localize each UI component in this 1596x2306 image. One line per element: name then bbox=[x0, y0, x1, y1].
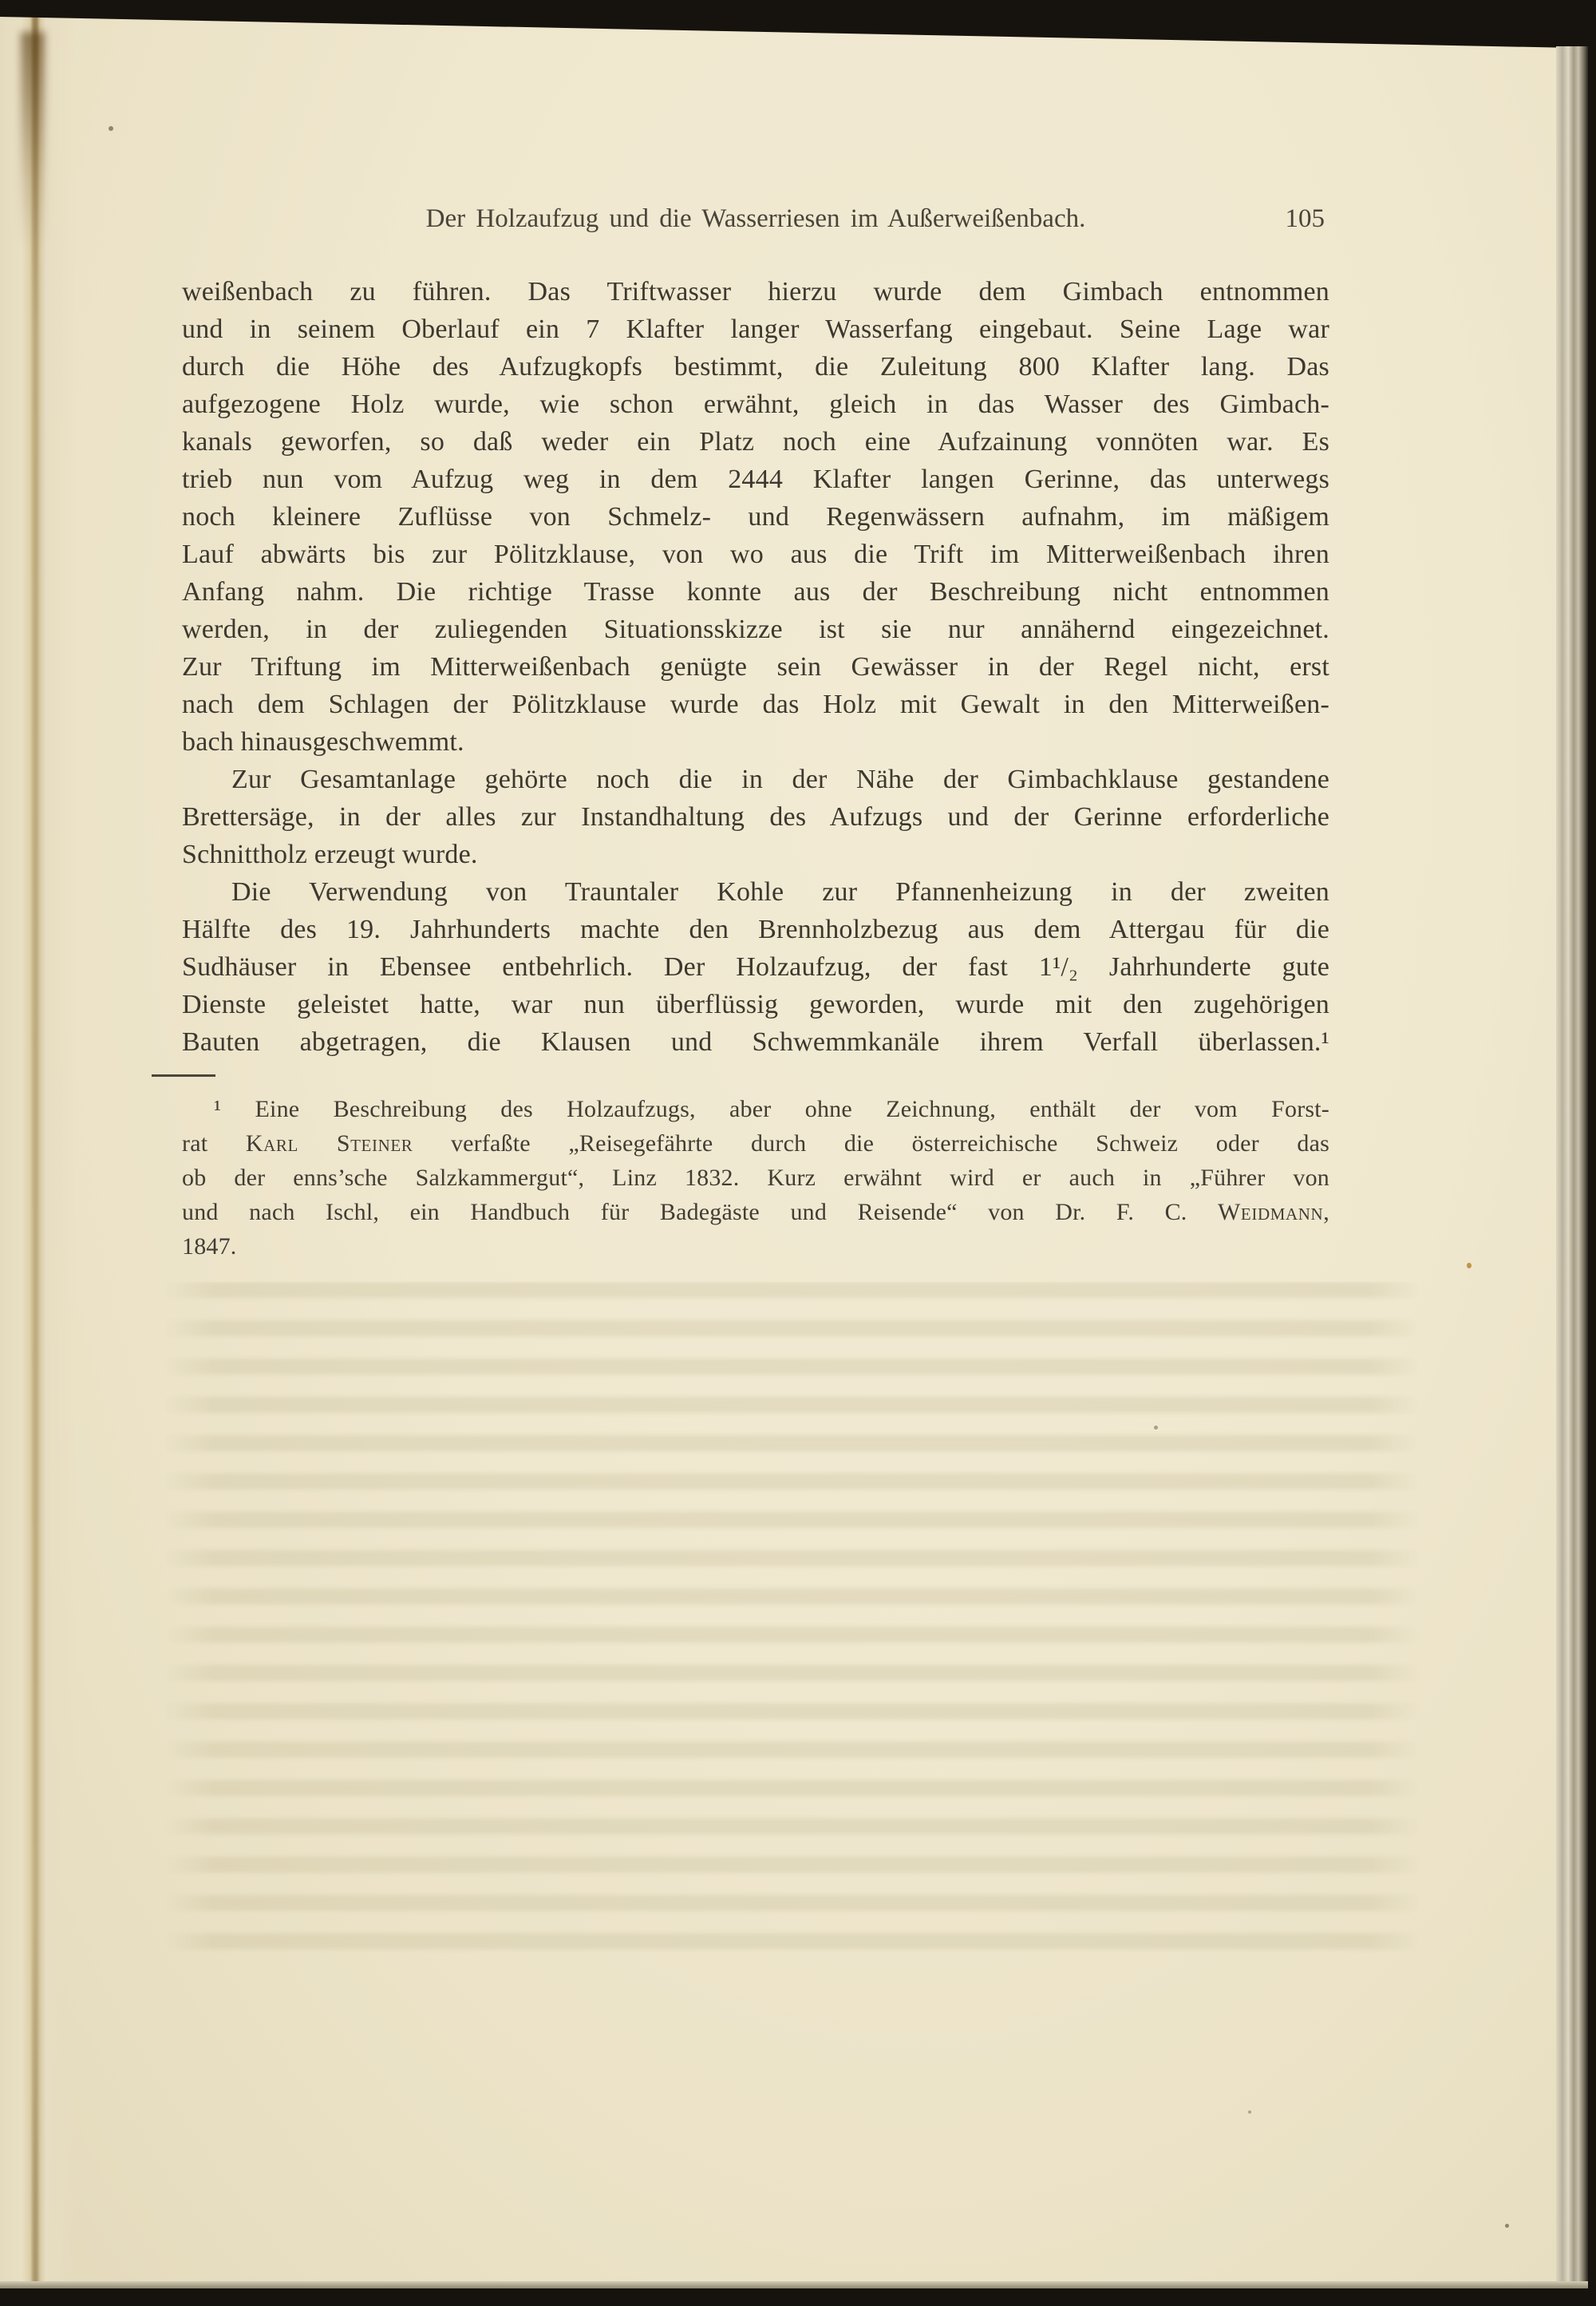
page-bottom-edge bbox=[0, 2281, 1588, 2288]
binding-crease-shadow bbox=[21, 32, 45, 247]
small-caps-name: Weidmann bbox=[1218, 1199, 1323, 1225]
footnote-line: ob der enns’sche Salzkammergut“, Linz 18… bbox=[182, 1161, 1329, 1195]
page-number: 105 bbox=[1286, 206, 1325, 232]
binding-crease bbox=[32, 13, 38, 2288]
text-line: Zur Triftung im Mitterweißenbach genügte… bbox=[182, 648, 1329, 686]
footnote: ¹ Eine Beschreibung des Holzaufzugs, abe… bbox=[182, 1092, 1329, 1264]
photo-top-edge bbox=[0, 0, 1574, 49]
photo-backdrop: { "header": { "title": "Der Holzaufzug u… bbox=[0, 0, 1596, 2306]
text-line: werden, in der zuliegenden Situationsski… bbox=[182, 611, 1329, 648]
text-line: noch kleinere Zuflüsse von Schmelz- und … bbox=[182, 498, 1329, 536]
text-line: Hälfte des 19. Jahrhunderts machte den B… bbox=[182, 911, 1329, 948]
footnote-line: 1847. bbox=[182, 1229, 1329, 1264]
paper-speck bbox=[109, 126, 113, 131]
text-line: bach hinausgeschwemmt. bbox=[182, 723, 1329, 761]
text-line: aufgezogene Holz wurde, wie schon erwähn… bbox=[182, 386, 1329, 423]
text-line: Brettersäge, in der alles zur Instandhal… bbox=[182, 798, 1329, 836]
text-line: Sudhäuser in Ebensee entbehrlich. Der Ho… bbox=[182, 948, 1329, 986]
footnote-separator bbox=[152, 1074, 215, 1077]
running-head-title: Der Holzaufzug und die Wasserriesen im A… bbox=[182, 206, 1329, 232]
text-line: nach dem Schlagen der Pölitzklause wurde… bbox=[182, 686, 1329, 723]
small-caps-name: Karl Steiner bbox=[246, 1130, 413, 1157]
text-line: Dienste geleistet hatte, war nun überflü… bbox=[182, 986, 1329, 1023]
text-line: weißenbach zu führen. Das Triftwasser hi… bbox=[182, 273, 1329, 310]
binding-gutter bbox=[0, 13, 77, 2288]
book-page: Der Holzaufzug und die Wasserriesen im A… bbox=[0, 13, 1574, 2288]
paper-speck bbox=[1248, 2110, 1251, 2114]
text-line: kanals geworfen, so daß weder ein Platz … bbox=[182, 423, 1329, 461]
text-line: Bauten abgetragen, die Klausen und Schwe… bbox=[182, 1023, 1329, 1061]
footnote-line: rat Karl Steiner verfaßte „Reisegefährte… bbox=[182, 1126, 1329, 1161]
text-line: Zur Gesamtanlage gehörte noch die in der… bbox=[182, 761, 1329, 798]
paper-speck bbox=[1505, 2224, 1509, 2228]
footnote-line: und nach Ischl, ein Handbuch für Badegäs… bbox=[182, 1195, 1329, 1229]
text-line: Die Verwendung von Trauntaler Kohle zur … bbox=[182, 873, 1329, 911]
paper-speck bbox=[1467, 1263, 1472, 1268]
body-text: weißenbach zu führen. Das Triftwasser hi… bbox=[182, 273, 1329, 1061]
show-through-text bbox=[164, 1282, 1420, 1956]
footnote-line: ¹ Eine Beschreibung des Holzaufzugs, abe… bbox=[182, 1092, 1329, 1126]
running-head: Der Holzaufzug und die Wasserriesen im A… bbox=[182, 206, 1329, 238]
text-line: trieb nun vom Aufzug weg in dem 2444 Kla… bbox=[182, 461, 1329, 498]
text-line: Lauf abwärts bis zur Pölitzklause, von w… bbox=[182, 536, 1329, 573]
text-line: Schnittholz erzeugt wurde. bbox=[182, 836, 1329, 873]
text-line: Anfang nahm. Die richtige Trasse konnte … bbox=[182, 573, 1329, 611]
text-line: und in seinem Oberlauf ein 7 Klafter lan… bbox=[182, 310, 1329, 348]
page-edges bbox=[1556, 46, 1588, 2281]
text-line: durch die Höhe des Aufzugkopfs bestimmt,… bbox=[182, 348, 1329, 386]
paper-speck bbox=[1154, 1426, 1158, 1430]
